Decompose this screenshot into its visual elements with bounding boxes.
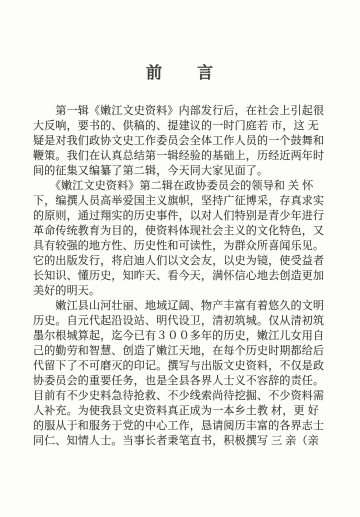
body-line: 的服从于和服务于党的中心工作，恳请阅历丰富的各界志士 — [33, 419, 325, 434]
body-line: 历史。自元代起沿设站、明代设卫，清初筑城。仅从清初筑 — [33, 314, 325, 329]
body-line: 美好的明天。 — [33, 284, 325, 299]
body-line: 墨尔根城算起，迄今已有３００多年的历史，嫩江儿女用自 — [33, 329, 325, 344]
body-line: 代留下了不可磨灭的印记。撰写与出版文史资料，不仅是政 — [33, 359, 325, 374]
body-line: 长知识、懂历史，知昨天、看今天，满怀信心地去创造更加 — [33, 269, 325, 284]
body-line: 疑是对我们政协文史工作委员会全体工作人员的一个鼓舞和 — [33, 134, 325, 149]
body-line: 间的征集又编纂了第二辑，今天同大家见面了。 — [33, 164, 325, 179]
body-line: 它的出版发行，将启迪人们以文会友，以史为镜，使受益者 — [33, 254, 325, 269]
body-line: 协委员会的重要任务，也是全县各界人士义不容辞的责任。 — [33, 374, 325, 389]
body-line: 鞭策。我们在认真总结第一辑经验的基础上，历经近两年时 — [33, 149, 325, 164]
body-line: 人补充。为使我县文史资料真正成为一本乡土教 材，更 好 — [33, 404, 325, 419]
body-text: 第一辑《嫩江文史资料》内部发行后，在社会上引起很 大反响，要书的、供稿的、提建议… — [33, 104, 325, 449]
body-line: 目前有不少史料急待抢救、不少线索尚待挖掘、不少资料需 — [33, 389, 325, 404]
body-line: 《嫩江文史资料》第二辑在政协委员会的领导和 关 怀 — [33, 179, 325, 194]
body-line: 大反响，要书的、供稿的、提建议的一时门庭若 市，这 无 — [33, 119, 325, 134]
body-line: 具有较强的地方性、历史性和可读性，为群众所喜闻乐见。 — [33, 239, 325, 254]
body-line: 第一辑《嫩江文史资料》内部发行后，在社会上引起很 — [33, 104, 325, 119]
body-line: 的原则，通过翔实的历史事件，以对人们特别是青少年进行 — [33, 209, 325, 224]
page-title: 前 言 — [0, 60, 360, 83]
body-line: 己的勤劳和智慧、创造了嫩江天地，在每个历史时期都给后 — [33, 344, 325, 359]
body-line: 下，编撰人员高举爱国主义旗帜，坚持广征博采，存真求实 — [33, 194, 325, 209]
body-line: 嫩江县山河壮丽、地域辽阔、物产丰富有着悠久的文明 — [33, 299, 325, 314]
body-line: 革命传统教育为目的，使资料体现社会主义的文化特色，又 — [33, 224, 325, 239]
body-line: 同仁、知情人士。当事长者秉笔直书，积极撰写 三 亲（亲 — [33, 434, 325, 449]
scanned-page: 前 言 第一辑《嫩江文史资料》内部发行后，在社会上引起很 大反响，要书的、供稿的… — [0, 0, 360, 517]
